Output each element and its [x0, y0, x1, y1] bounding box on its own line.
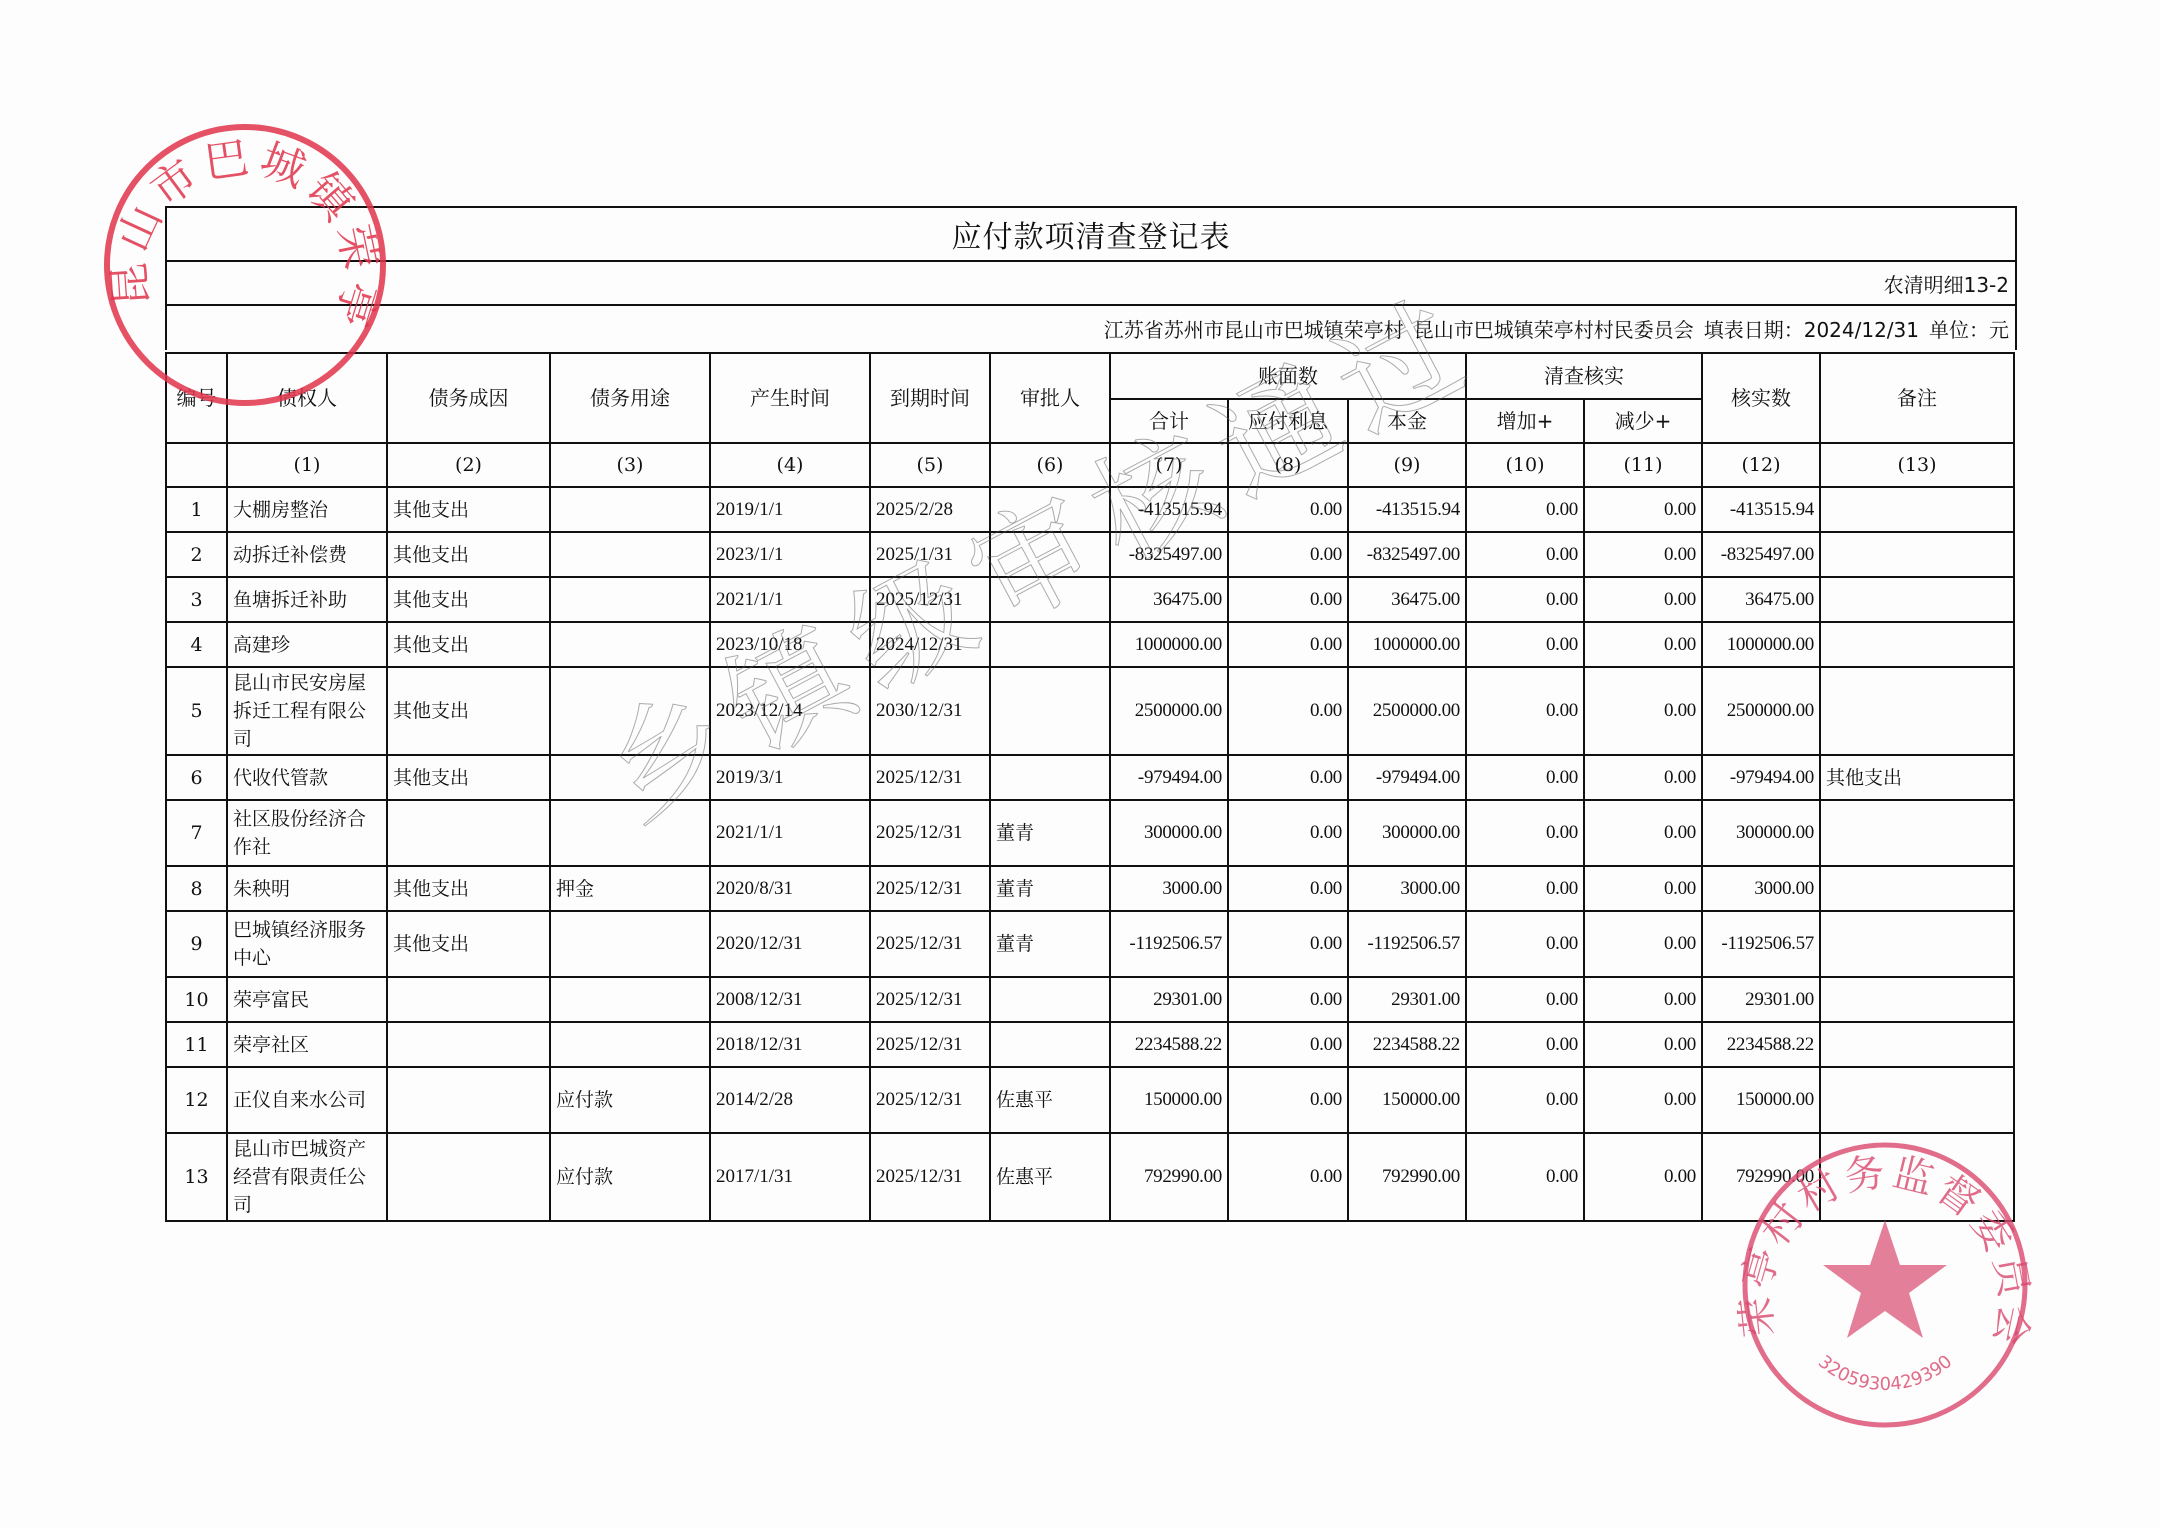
book-interest-cell: 0.00 — [1228, 622, 1348, 667]
book-interest-cell: 0.00 — [1228, 977, 1348, 1022]
row-no: 4 — [166, 622, 227, 667]
book-principal-cell: 1000000.00 — [1348, 622, 1466, 667]
start-date-cell: 2020/12/31 — [710, 911, 870, 977]
verified-cell: 792990.00 — [1702, 1133, 1820, 1221]
verified-cell: -1192506.57 — [1702, 911, 1820, 977]
book-total-cell: -8325497.00 — [1110, 532, 1228, 577]
increase-cell: 0.00 — [1466, 487, 1584, 532]
decrease-cell: 0.00 — [1584, 977, 1702, 1022]
header-increase: 增加+ — [1466, 399, 1584, 443]
row-no: 10 — [166, 977, 227, 1022]
book-total-cell: -413515.94 — [1110, 487, 1228, 532]
table-row: 13昆山市巴城资产经营有限责任公司应付款2017/1/312025/12/31佐… — [166, 1133, 2014, 1221]
book-interest-cell: 0.00 — [1228, 1133, 1348, 1221]
header-book-group: 账面数 — [1110, 353, 1466, 399]
column-number: (8) — [1228, 443, 1348, 487]
due-date-cell: 2025/12/31 — [870, 1067, 990, 1133]
creditor-cell: 昆山市巴城资产经营有限责任公司 — [227, 1133, 387, 1221]
book-total-cell: 1000000.00 — [1110, 622, 1228, 667]
payables-table: 编号 债权人 债务成因 债务用途 产生时间 到期时间 审批人 账面数 清查核实 … — [165, 352, 2015, 1222]
row-no: 6 — [166, 755, 227, 800]
book-interest-cell: 0.00 — [1228, 487, 1348, 532]
creditor-cell: 代收代管款 — [227, 755, 387, 800]
due-date-cell: 2030/12/31 — [870, 667, 990, 755]
table-row: 2动拆迁补偿费其他支出2023/1/12025/1/31-8325497.000… — [166, 532, 2014, 577]
remark-cell — [1820, 1022, 2014, 1067]
cause-cell: 其他支出 — [387, 755, 550, 800]
start-date-cell: 2019/1/1 — [710, 487, 870, 532]
creditor-cell: 高建珍 — [227, 622, 387, 667]
approver-cell — [990, 1022, 1110, 1067]
creditor-cell: 鱼塘拆迁补助 — [227, 577, 387, 622]
remark-cell — [1820, 1067, 2014, 1133]
header-due-date: 到期时间 — [870, 353, 990, 443]
due-date-cell: 2024/12/31 — [870, 622, 990, 667]
column-number: (1) — [227, 443, 387, 487]
book-total-cell: 29301.00 — [1110, 977, 1228, 1022]
fill-date: 填表日期：2024/12/31 — [1704, 314, 1919, 343]
verified-cell: 29301.00 — [1702, 977, 1820, 1022]
column-number: (2) — [387, 443, 550, 487]
verified-cell: 1000000.00 — [1702, 622, 1820, 667]
header-verify-group: 清查核实 — [1466, 353, 1702, 399]
row-no: 7 — [166, 800, 227, 866]
row-no: 8 — [166, 866, 227, 911]
cause-cell — [387, 1133, 550, 1221]
creditor-cell: 荣亭富民 — [227, 977, 387, 1022]
approver-cell — [990, 577, 1110, 622]
approver-cell — [990, 487, 1110, 532]
start-date-cell: 2021/1/1 — [710, 577, 870, 622]
book-interest-cell: 0.00 — [1228, 577, 1348, 622]
unit: 单位：元 — [1929, 314, 2009, 343]
book-principal-cell: -413515.94 — [1348, 487, 1466, 532]
remark-cell — [1820, 1133, 2014, 1221]
creditor-cell: 动拆迁补偿费 — [227, 532, 387, 577]
start-date-cell: 2023/12/14 — [710, 667, 870, 755]
book-total-cell: 300000.00 — [1110, 800, 1228, 866]
start-date-cell: 2020/8/31 — [710, 866, 870, 911]
book-interest-cell: 0.00 — [1228, 667, 1348, 755]
decrease-cell: 0.00 — [1584, 532, 1702, 577]
form-info: 江苏省苏州市昆山市巴城镇荣亭村 昆山市巴城镇荣亭村村民委员会 填表日期：2024… — [167, 306, 2015, 350]
increase-cell: 0.00 — [1466, 1133, 1584, 1221]
verified-cell: 36475.00 — [1702, 577, 1820, 622]
start-date-cell: 2021/1/1 — [710, 800, 870, 866]
purpose-cell — [550, 487, 710, 532]
book-total-cell: 150000.00 — [1110, 1067, 1228, 1133]
purpose-cell — [550, 755, 710, 800]
remark-cell — [1820, 800, 2014, 866]
table-row: 3鱼塘拆迁补助其他支出2021/1/12025/12/3136475.000.0… — [166, 577, 2014, 622]
table-row: 6代收代管款其他支出2019/3/12025/12/31-979494.000.… — [166, 755, 2014, 800]
cause-cell: 其他支出 — [387, 532, 550, 577]
start-date-cell: 2023/1/1 — [710, 532, 870, 577]
row-no: 5 — [166, 667, 227, 755]
due-date-cell: 2025/12/31 — [870, 755, 990, 800]
creditor-cell: 社区股份经济合作社 — [227, 800, 387, 866]
verified-cell: 2234588.22 — [1702, 1022, 1820, 1067]
due-date-cell: 2025/12/31 — [870, 866, 990, 911]
book-total-cell: 2234588.22 — [1110, 1022, 1228, 1067]
column-number: (12) — [1702, 443, 1820, 487]
cause-cell: 其他支出 — [387, 577, 550, 622]
column-number: (6) — [990, 443, 1110, 487]
column-number: (5) — [870, 443, 990, 487]
decrease-cell: 0.00 — [1584, 1133, 1702, 1221]
table-row: 7社区股份经济合作社2021/1/12025/12/31董青300000.000… — [166, 800, 2014, 866]
remark-cell — [1820, 532, 2014, 577]
header-cause: 债务成因 — [387, 353, 550, 443]
row-no: 2 — [166, 532, 227, 577]
book-interest-cell: 0.00 — [1228, 866, 1348, 911]
increase-cell: 0.00 — [1466, 667, 1584, 755]
purpose-cell — [550, 800, 710, 866]
book-principal-cell: 36475.00 — [1348, 577, 1466, 622]
remark-cell: 其他支出 — [1820, 755, 2014, 800]
book-interest-cell: 0.00 — [1228, 1022, 1348, 1067]
increase-cell: 0.00 — [1466, 755, 1584, 800]
column-number: (3) — [550, 443, 710, 487]
row-no: 13 — [166, 1133, 227, 1221]
book-total-cell: 36475.00 — [1110, 577, 1228, 622]
purpose-cell: 押金 — [550, 866, 710, 911]
header-creditor: 债权人 — [227, 353, 387, 443]
book-interest-cell: 0.00 — [1228, 755, 1348, 800]
remark-cell — [1820, 866, 2014, 911]
decrease-cell: 0.00 — [1584, 577, 1702, 622]
verified-cell: -413515.94 — [1702, 487, 1820, 532]
cause-cell: 其他支出 — [387, 866, 550, 911]
decrease-cell: 0.00 — [1584, 866, 1702, 911]
column-number: (13) — [1820, 443, 2014, 487]
remark-cell — [1820, 622, 2014, 667]
book-principal-cell: 29301.00 — [1348, 977, 1466, 1022]
verified-cell: -8325497.00 — [1702, 532, 1820, 577]
increase-cell: 0.00 — [1466, 911, 1584, 977]
column-number-row: (1)(2)(3)(4)(5)(6)(7)(8)(9)(10)(11)(12)(… — [166, 443, 2014, 487]
purpose-cell: 应付款 — [550, 1067, 710, 1133]
approver-cell: 董青 — [990, 866, 1110, 911]
book-principal-cell: 2500000.00 — [1348, 667, 1466, 755]
location: 江苏省苏州市昆山市巴城镇荣亭村 — [1104, 314, 1404, 343]
column-number: (9) — [1348, 443, 1466, 487]
column-number: (4) — [710, 443, 870, 487]
decrease-cell: 0.00 — [1584, 911, 1702, 977]
creditor-cell: 正仪自来水公司 — [227, 1067, 387, 1133]
approver-cell — [990, 977, 1110, 1022]
increase-cell: 0.00 — [1466, 977, 1584, 1022]
creditor-cell: 巴城镇经济服务中心 — [227, 911, 387, 977]
purpose-cell — [550, 577, 710, 622]
book-principal-cell: 300000.00 — [1348, 800, 1466, 866]
remark-cell — [1820, 487, 2014, 532]
cause-cell — [387, 800, 550, 866]
header-start-date: 产生时间 — [710, 353, 870, 443]
decrease-cell: 0.00 — [1584, 1022, 1702, 1067]
increase-cell: 0.00 — [1466, 866, 1584, 911]
decrease-cell: 0.00 — [1584, 1067, 1702, 1133]
cause-cell — [387, 1022, 550, 1067]
start-date-cell: 2017/1/31 — [710, 1133, 870, 1221]
book-interest-cell: 0.00 — [1228, 800, 1348, 866]
row-no: 3 — [166, 577, 227, 622]
book-total-cell: -1192506.57 — [1110, 911, 1228, 977]
increase-cell: 0.00 — [1466, 532, 1584, 577]
organization: 昆山市巴城镇荣亭村村民委员会 — [1414, 314, 1694, 343]
approver-cell: 佐惠平 — [990, 1067, 1110, 1133]
header-no: 编号 — [166, 353, 227, 443]
row-no: 12 — [166, 1067, 227, 1133]
due-date-cell: 2025/12/31 — [870, 977, 990, 1022]
due-date-cell: 2025/12/31 — [870, 911, 990, 977]
start-date-cell: 2018/12/31 — [710, 1022, 870, 1067]
book-principal-cell: 150000.00 — [1348, 1067, 1466, 1133]
cause-cell: 其他支出 — [387, 622, 550, 667]
approver-cell — [990, 622, 1110, 667]
document-title: 应付款项清查登记表 — [167, 208, 2015, 262]
start-date-cell: 2008/12/31 — [710, 977, 870, 1022]
table-row: 5昆山市民安房屋拆迁工程有限公司其他支出2023/12/142030/12/31… — [166, 667, 2014, 755]
purpose-cell — [550, 1022, 710, 1067]
due-date-cell: 2025/12/31 — [870, 1133, 990, 1221]
decrease-cell: 0.00 — [1584, 755, 1702, 800]
approver-cell — [990, 532, 1110, 577]
book-interest-cell: 0.00 — [1228, 532, 1348, 577]
due-date-cell: 2025/12/31 — [870, 1022, 990, 1067]
table-body: 1大棚房整治其他支出2019/1/12025/2/28-413515.940.0… — [166, 487, 2014, 1221]
approver-cell — [990, 667, 1110, 755]
header-approver: 审批人 — [990, 353, 1110, 443]
purpose-cell: 应付款 — [550, 1133, 710, 1221]
row-no: 9 — [166, 911, 227, 977]
column-number: (10) — [1466, 443, 1584, 487]
approver-cell: 董青 — [990, 800, 1110, 866]
increase-cell: 0.00 — [1466, 622, 1584, 667]
decrease-cell: 0.00 — [1584, 487, 1702, 532]
decrease-cell: 0.00 — [1584, 622, 1702, 667]
verified-cell: -979494.00 — [1702, 755, 1820, 800]
verified-cell: 300000.00 — [1702, 800, 1820, 866]
book-principal-cell: 792990.00 — [1348, 1133, 1466, 1221]
book-interest-cell: 0.00 — [1228, 1067, 1348, 1133]
table-row: 1大棚房整治其他支出2019/1/12025/2/28-413515.940.0… — [166, 487, 2014, 532]
start-date-cell: 2019/3/1 — [710, 755, 870, 800]
due-date-cell: 2025/1/31 — [870, 532, 990, 577]
purpose-cell — [550, 622, 710, 667]
svg-text:3205930429390: 3205930429390 — [1814, 1351, 1956, 1395]
column-number-blank — [166, 443, 227, 487]
row-no: 11 — [166, 1022, 227, 1067]
table-row: 8朱秧明其他支出押金2020/8/312025/12/31董青3000.000.… — [166, 866, 2014, 911]
header-book-interest: 应付利息 — [1228, 399, 1348, 443]
table-row: 9巴城镇经济服务中心其他支出2020/12/312025/12/31董青-119… — [166, 911, 2014, 977]
decrease-cell: 0.00 — [1584, 667, 1702, 755]
book-principal-cell: -8325497.00 — [1348, 532, 1466, 577]
document-page: 应付款项清查登记表 农清明细13-2 江苏省苏州市昆山市巴城镇荣亭村 昆山市巴城… — [0, 0, 2160, 1528]
due-date-cell: 2025/12/31 — [870, 577, 990, 622]
row-no: 1 — [166, 487, 227, 532]
table-row: 12正仪自来水公司应付款2014/2/282025/12/31佐惠平150000… — [166, 1067, 2014, 1133]
due-date-cell: 2025/2/28 — [870, 487, 990, 532]
due-date-cell: 2025/12/31 — [870, 800, 990, 866]
book-total-cell: -979494.00 — [1110, 755, 1228, 800]
book-principal-cell: 2234588.22 — [1348, 1022, 1466, 1067]
start-date-cell: 2023/10/18 — [710, 622, 870, 667]
increase-cell: 0.00 — [1466, 1067, 1584, 1133]
remark-cell — [1820, 977, 2014, 1022]
book-interest-cell: 0.00 — [1228, 911, 1348, 977]
table-row: 10荣亭富民2008/12/312025/12/3129301.000.0029… — [166, 977, 2014, 1022]
column-number: (7) — [1110, 443, 1228, 487]
table-row: 11荣亭社区2018/12/312025/12/312234588.220.00… — [166, 1022, 2014, 1067]
increase-cell: 0.00 — [1466, 800, 1584, 866]
book-principal-cell: 3000.00 — [1348, 866, 1466, 911]
verified-cell: 3000.00 — [1702, 866, 1820, 911]
column-number: (11) — [1584, 443, 1702, 487]
approver-cell — [990, 755, 1110, 800]
decrease-cell: 0.00 — [1584, 800, 1702, 866]
purpose-cell — [550, 532, 710, 577]
purpose-cell — [550, 667, 710, 755]
creditor-cell: 荣亭社区 — [227, 1022, 387, 1067]
form-header: 应付款项清查登记表 农清明细13-2 江苏省苏州市昆山市巴城镇荣亭村 昆山市巴城… — [165, 206, 2017, 350]
remark-cell — [1820, 577, 2014, 622]
header-decrease: 减少+ — [1584, 399, 1702, 443]
book-total-cell: 3000.00 — [1110, 866, 1228, 911]
header-verified: 核实数 — [1702, 353, 1820, 443]
header-remark: 备注 — [1820, 353, 2014, 443]
purpose-cell — [550, 911, 710, 977]
cause-cell: 其他支出 — [387, 911, 550, 977]
book-principal-cell: -1192506.57 — [1348, 911, 1466, 977]
verified-cell: 2500000.00 — [1702, 667, 1820, 755]
approver-cell: 董青 — [990, 911, 1110, 977]
creditor-cell: 朱秧明 — [227, 866, 387, 911]
header-book-total: 合计 — [1110, 399, 1228, 443]
cause-cell — [387, 977, 550, 1022]
creditor-cell: 大棚房整治 — [227, 487, 387, 532]
creditor-cell: 昆山市民安房屋拆迁工程有限公司 — [227, 667, 387, 755]
increase-cell: 0.00 — [1466, 577, 1584, 622]
remark-cell — [1820, 667, 2014, 755]
book-principal-cell: -979494.00 — [1348, 755, 1466, 800]
form-code: 农清明细13-2 — [167, 262, 2015, 306]
approver-cell: 佐惠平 — [990, 1133, 1110, 1221]
book-total-cell: 792990.00 — [1110, 1133, 1228, 1221]
book-total-cell: 2500000.00 — [1110, 667, 1228, 755]
increase-cell: 0.00 — [1466, 1022, 1584, 1067]
purpose-cell — [550, 977, 710, 1022]
verified-cell: 150000.00 — [1702, 1067, 1820, 1133]
cause-cell: 其他支出 — [387, 667, 550, 755]
remark-cell — [1820, 911, 2014, 977]
start-date-cell: 2014/2/28 — [710, 1067, 870, 1133]
header-book-principal: 本金 — [1348, 399, 1466, 443]
cause-cell: 其他支出 — [387, 487, 550, 532]
header-purpose: 债务用途 — [550, 353, 710, 443]
table-row: 4高建珍其他支出2023/10/182024/12/311000000.000.… — [166, 622, 2014, 667]
cause-cell — [387, 1067, 550, 1133]
